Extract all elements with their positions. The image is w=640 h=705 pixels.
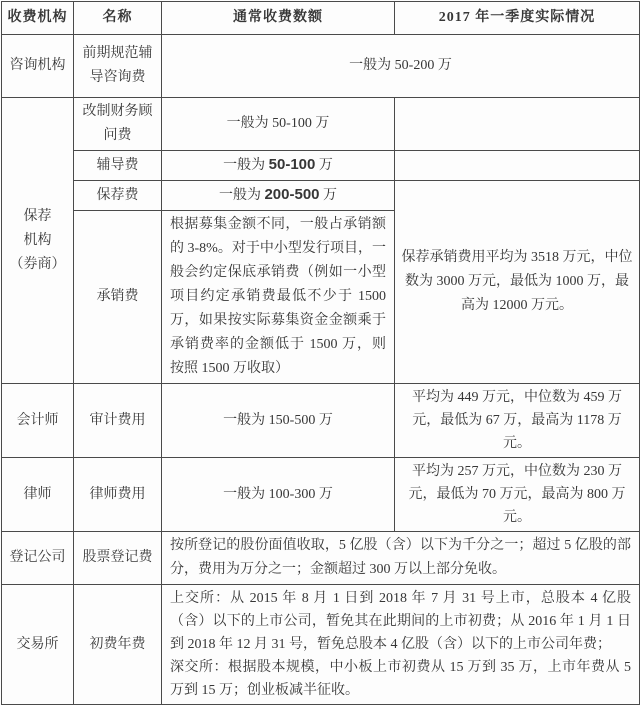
- cell-fee-exchange: 上交所：从 2015 年 8 月 1 日到 2018 年 7 月 31 号上市，…: [162, 585, 640, 705]
- fee-sponsorfee-amount: 200-500: [264, 186, 319, 203]
- fee-coaching-prefix: 一般为: [223, 158, 269, 173]
- cell-org-consulting: 咨询机构: [2, 35, 74, 98]
- cell-name-underwriting: 承销费: [74, 211, 162, 384]
- header-cell-fee: 通常收费数额: [162, 2, 395, 35]
- cell-fee-accountant: 一般为 150-500 万: [162, 384, 395, 458]
- row-consulting: 咨询机构 前期规范辅 导咨询费 一般为 50-200 万: [2, 35, 640, 98]
- cell-fee-underwriting: 根据募集金额不同，一般占承销额的 3-8%。对于中小型发行项目，一般会约定保底承…: [162, 211, 395, 384]
- cell-actual-lawyer: 平均为 257 万元，中位数为 230 万元，最低为 70 万元，最高为 800…: [395, 458, 640, 532]
- fee-sponsorfee-prefix: 一般为: [219, 188, 265, 203]
- cell-actual-restructure-empty: [395, 98, 640, 151]
- cell-org-accountant: 会计师: [2, 384, 74, 458]
- cell-org-exchange: 交易所: [2, 585, 74, 705]
- row-registry: 登记公司 股票登记费 按所登记的股份面值收取，5 亿股（含）以下为千分之一；超过…: [2, 532, 640, 585]
- cell-name-consulting: 前期规范辅 导咨询费: [74, 35, 162, 98]
- row-exchange: 交易所 初费年费 上交所：从 2015 年 8 月 1 日到 2018 年 7 …: [2, 585, 640, 705]
- cell-actual-accountant: 平均为 449 万元，中位数为 459 万元，最低为 67 万，最高为 1178…: [395, 384, 640, 458]
- fee-table: 收费机构 名称 通常收费数额 2017 年一季度实际情况 咨询机构 前期规范辅 …: [1, 1, 640, 705]
- cell-fee-coaching: 一般为 50-100 万: [162, 151, 395, 181]
- cell-fee-sponsorfee: 一般为 200-500 万: [162, 181, 395, 211]
- table-header-row: 收费机构 名称 通常收费数额 2017 年一季度实际情况: [2, 2, 640, 35]
- cell-fee-registry: 按所登记的股份面值收取，5 亿股（含）以下为千分之一；超过 5 亿股的部分，费用…: [162, 532, 640, 585]
- cell-name-exchange: 初费年费: [74, 585, 162, 705]
- header-cell-org: 收费机构: [2, 2, 74, 35]
- row-accountant: 会计师 审计费用 一般为 150-500 万 平均为 449 万元，中位数为 4…: [2, 384, 640, 458]
- cell-org-sponsor-group: 保荐 机构 （券商）: [2, 98, 74, 384]
- row-restructure: 保荐 机构 （券商） 改制财务顾 问费 一般为 50-100 万: [2, 98, 640, 151]
- cell-name-sponsorfee: 保荐费: [74, 181, 162, 211]
- cell-name-lawyer: 律师费用: [74, 458, 162, 532]
- exchange-fee-shenzhen: 深交所：根据股本规模，中小板上市初费从 15 万到 35 万，上市年费从 5 万…: [170, 656, 631, 702]
- cell-name-coaching: 辅导费: [74, 151, 162, 181]
- cell-org-lawyer: 律师: [2, 458, 74, 532]
- fee-sponsorfee-suffix: 万: [320, 188, 338, 203]
- cell-fee-lawyer: 一般为 100-300 万: [162, 458, 395, 532]
- fee-coaching-suffix: 万: [315, 158, 333, 173]
- cell-org-registry: 登记公司: [2, 532, 74, 585]
- row-lawyer: 律师 律师费用 一般为 100-300 万 平均为 257 万元，中位数为 23…: [2, 458, 640, 532]
- cell-fee-restructure: 一般为 50-100 万: [162, 98, 395, 151]
- cell-name-restructure: 改制财务顾 问费: [74, 98, 162, 151]
- row-sponsorfee: 保荐费 一般为 200-500 万 保荐承销费用平均为 3518 万元，中位数为…: [2, 181, 640, 211]
- cell-name-accountant: 审计费用: [74, 384, 162, 458]
- row-coaching: 辅导费 一般为 50-100 万: [2, 151, 640, 181]
- cell-actual-coaching-empty: [395, 151, 640, 181]
- exchange-fee-shanghai: 上交所：从 2015 年 8 月 1 日到 2018 年 7 月 31 号上市，…: [170, 587, 631, 656]
- cell-fee-consulting: 一般为 50-200 万: [162, 35, 640, 98]
- header-cell-name: 名称: [74, 2, 162, 35]
- cell-actual-underwriting: 保荐承销费用平均为 3518 万元，中位数为 3000 万元，最低为 1000 …: [395, 181, 640, 384]
- header-cell-actual: 2017 年一季度实际情况: [395, 2, 640, 35]
- cell-name-registry: 股票登记费: [74, 532, 162, 585]
- fee-coaching-amount: 50-100: [269, 156, 316, 173]
